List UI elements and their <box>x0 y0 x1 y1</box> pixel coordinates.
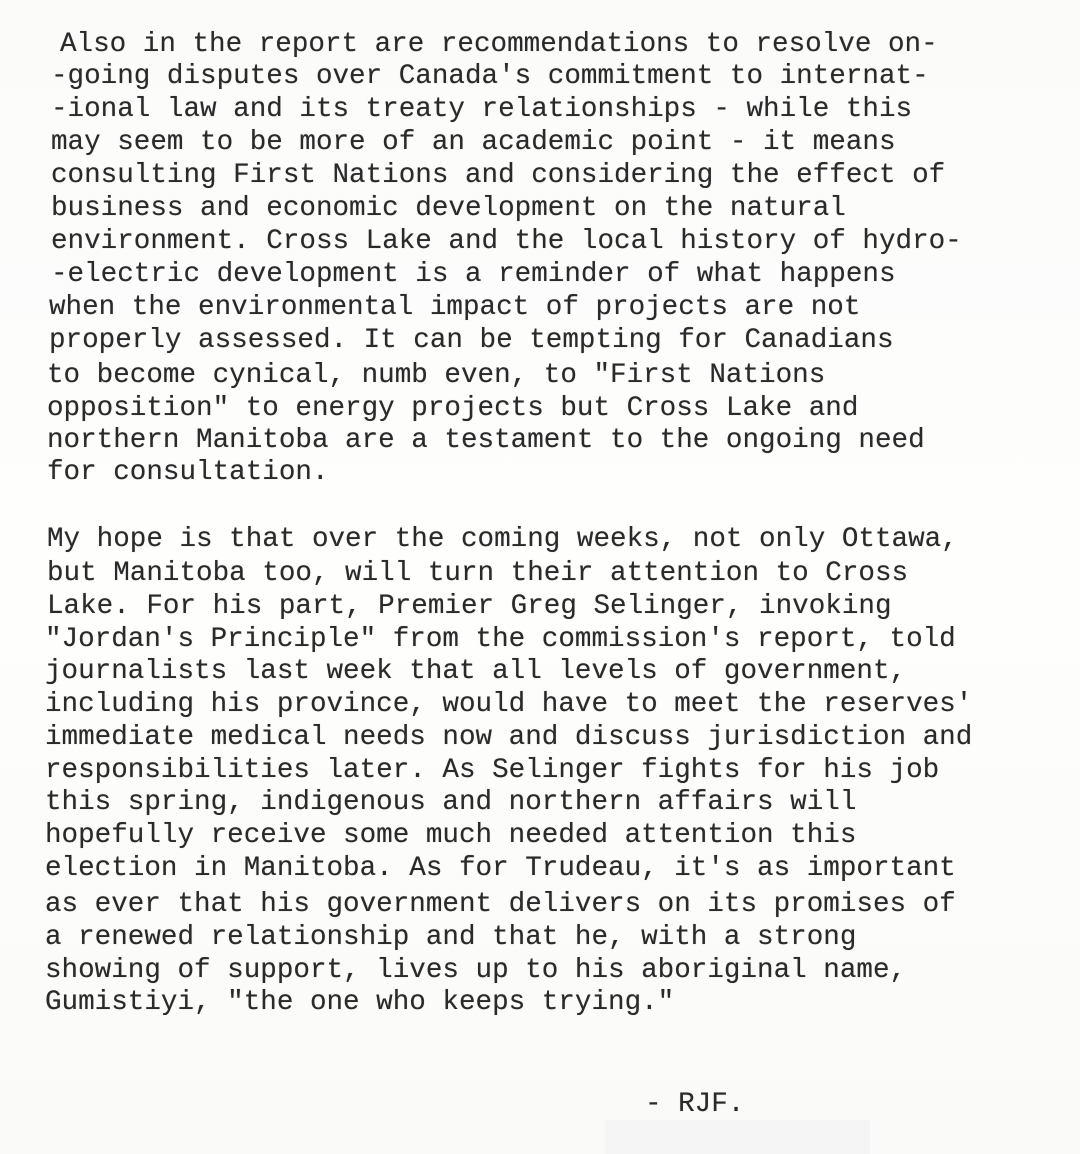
text-line: journalists last week that all levels of… <box>45 655 906 688</box>
text-line: including his province, would have to me… <box>45 688 972 721</box>
text-line: to become cynical, numb even, to "First … <box>47 359 825 392</box>
scan-artifact <box>605 1120 870 1154</box>
text-line: for consultation. <box>47 456 329 489</box>
text-line: My hope is that over the coming weeks, n… <box>47 523 958 556</box>
text-line: but Manitoba too, will turn their attent… <box>47 557 908 590</box>
text-line: business and economic development on the… <box>51 192 846 225</box>
text-line: a renewed relationship and that he, with… <box>45 921 856 954</box>
text-line: may seem to be more of an academic point… <box>51 126 896 159</box>
text-line: as ever that his government delivers on … <box>45 888 956 921</box>
text-line: "Jordan's Principle" from the commission… <box>45 623 956 656</box>
author-signature: - RJF. <box>645 1088 744 1121</box>
text-line: environment. Cross Lake and the local hi… <box>51 225 962 258</box>
text-line: election in Manitoba. As for Trudeau, it… <box>45 852 956 885</box>
text-line: opposition" to energy projects but Cross… <box>47 392 858 425</box>
text-line: hopefully receive some much needed atten… <box>45 819 856 852</box>
text-line: showing of support, lives up to his abor… <box>45 954 906 987</box>
text-line: Lake. For his part, Premier Greg Selinge… <box>47 590 892 623</box>
text-line: Also in the report are recommendations t… <box>60 28 938 61</box>
text-line: -ional law and its treaty relationships … <box>51 93 912 126</box>
text-line: consulting First Nations and considering… <box>51 159 945 192</box>
text-line: responsibilities later. As Selinger figh… <box>45 754 939 787</box>
text-line: when the environmental impact of project… <box>49 291 860 324</box>
text-line: immediate medical needs now and discuss … <box>45 721 972 754</box>
text-line: properly assessed. It can be tempting fo… <box>49 324 894 357</box>
text-line: -electric development is a reminder of w… <box>51 258 896 291</box>
text-line: this spring, indigenous and northern aff… <box>45 786 856 819</box>
text-line: northern Manitoba are a testament to the… <box>47 424 925 457</box>
typewritten-page: Also in the report are recommendations t… <box>0 0 1080 1154</box>
text-line: Gumistiyi, "the one who keeps trying." <box>45 986 674 1019</box>
text-line: -going disputes over Canada's commitment… <box>51 60 929 93</box>
